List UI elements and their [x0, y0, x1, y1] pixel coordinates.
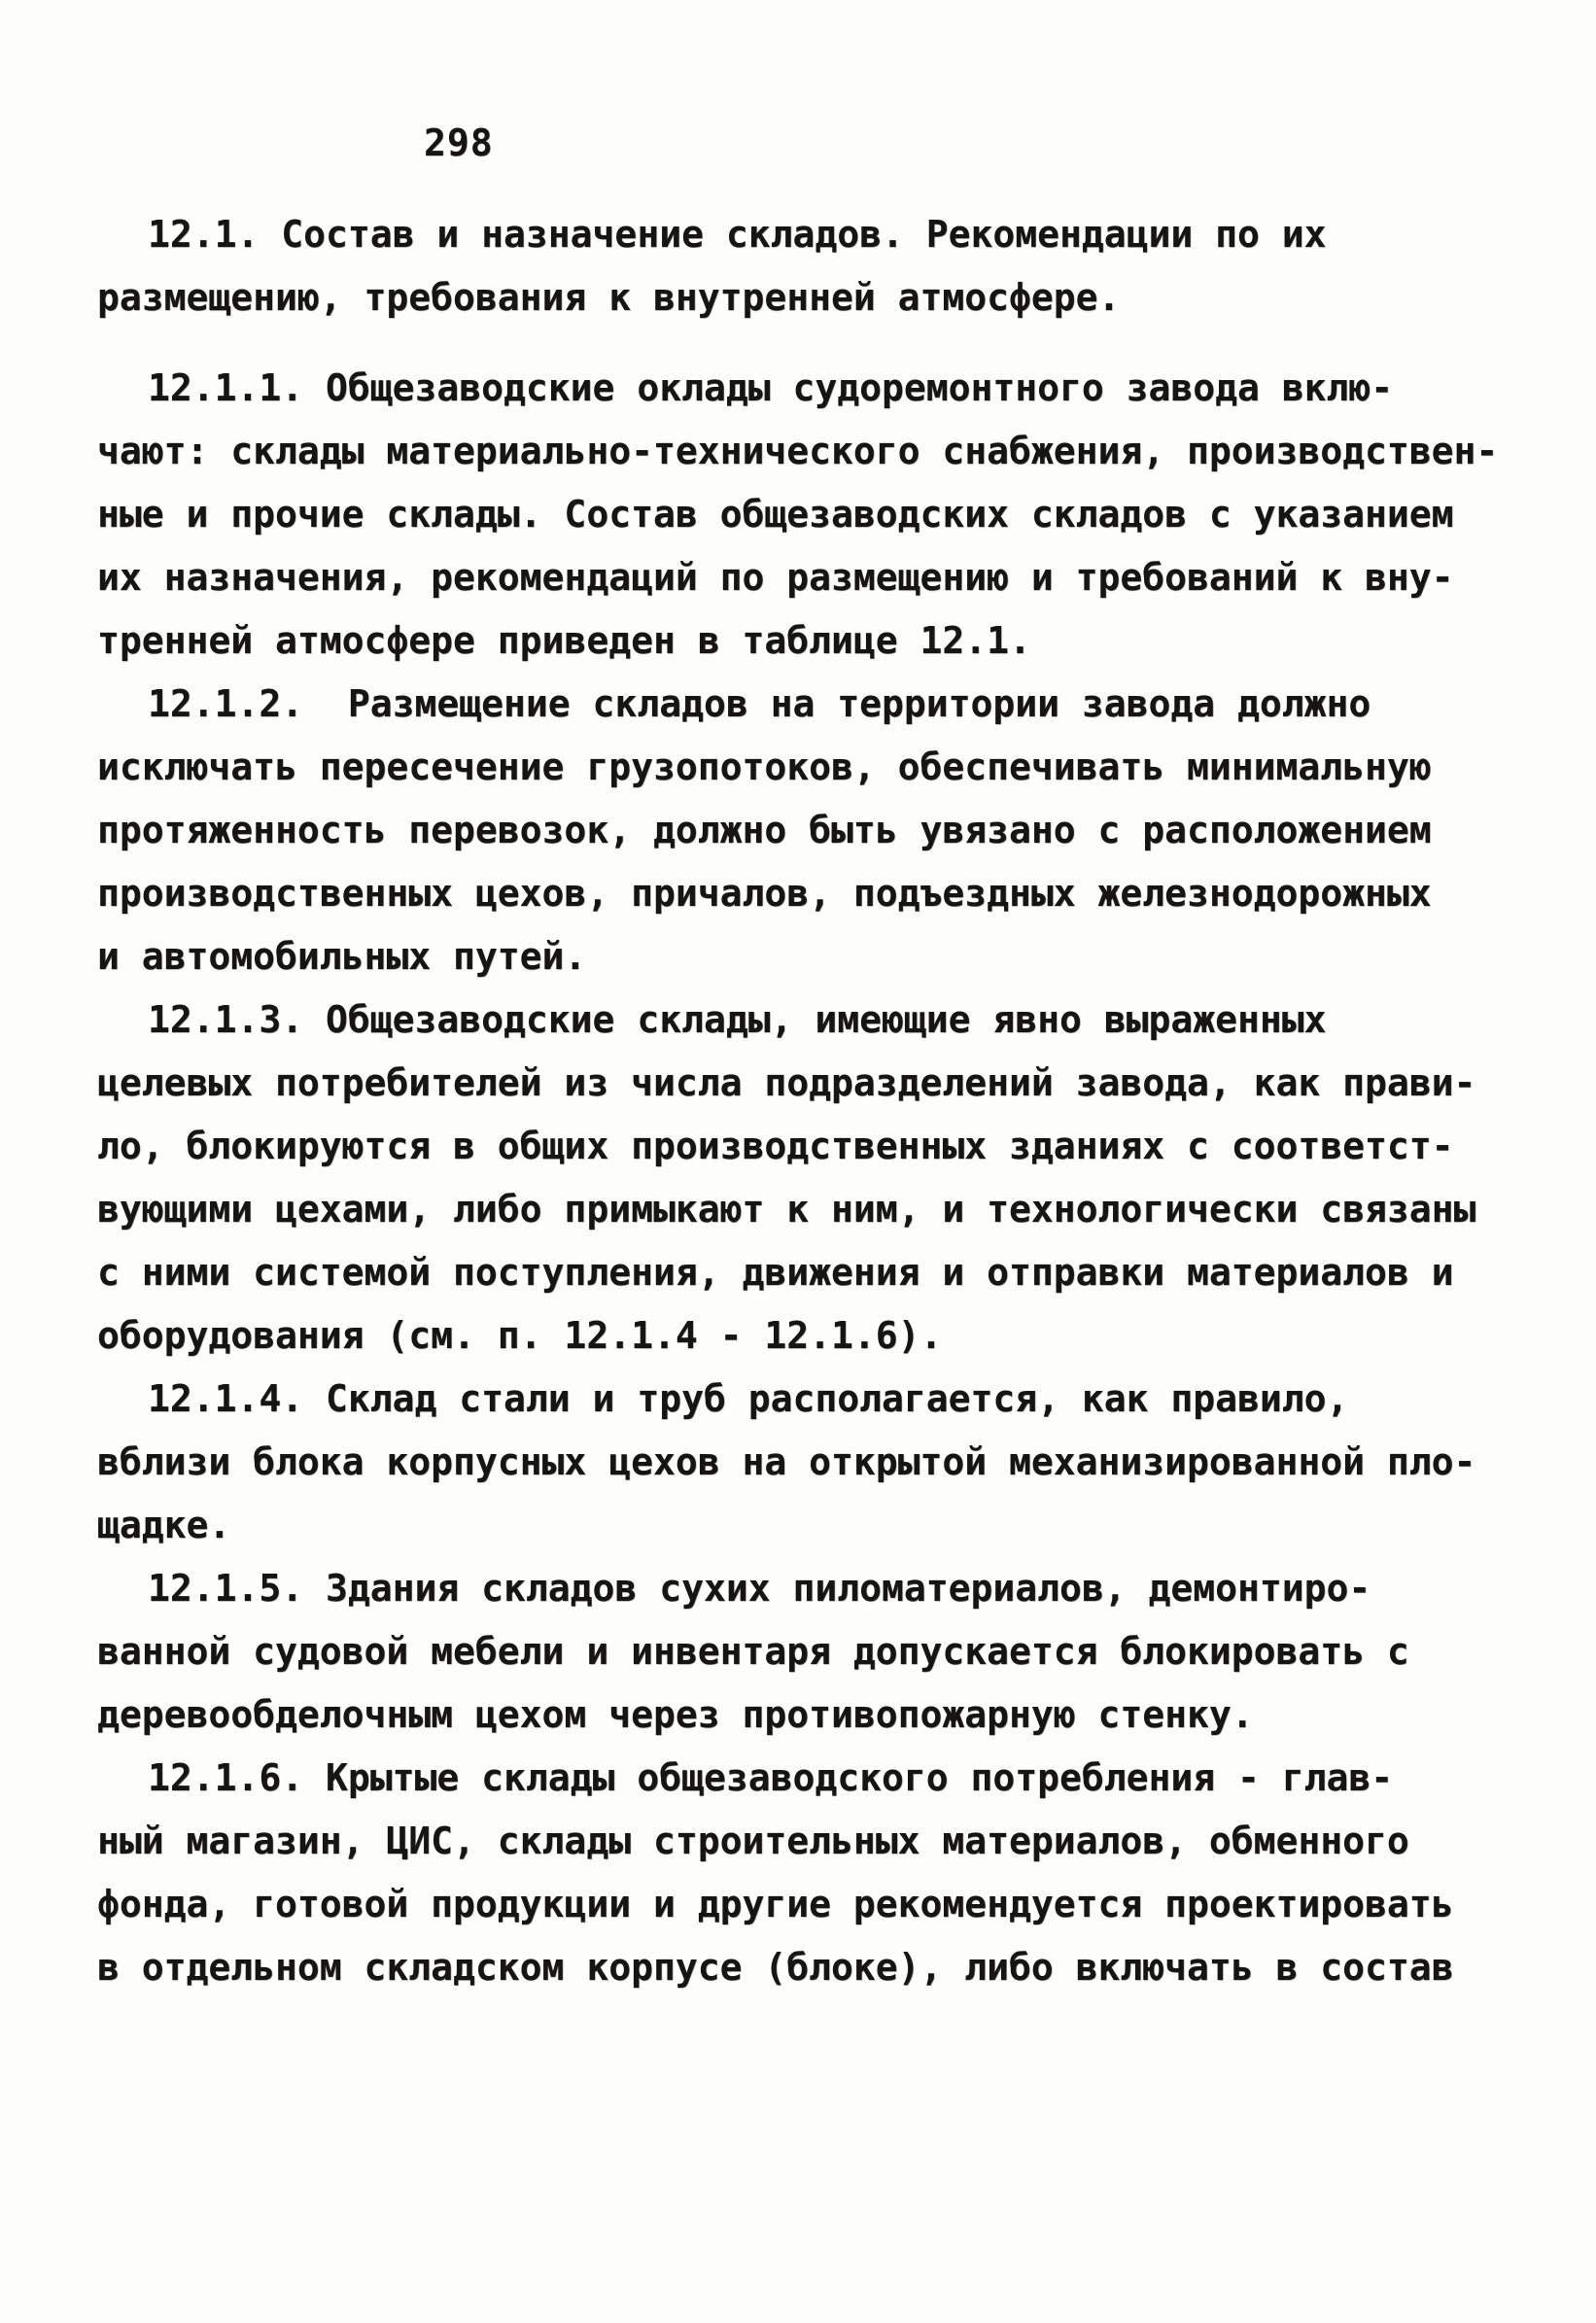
text-line: фонда, готовой продукции и другие рекоме…	[97, 1873, 1536, 1936]
heading-line: 12.1. Состав и назначение складов. Реком…	[97, 203, 1516, 266]
text-line: ванной судовой мебели и инвентаря допуск…	[97, 1620, 1536, 1683]
text-line: тренней атмосфере приведен в таблице 12.…	[97, 609, 1536, 673]
text-line: протяженность перевозок, должно быть увя…	[97, 799, 1536, 862]
section-12-1-5: 12.1.5. Здания складов сухих пиломатериа…	[97, 1557, 1536, 1747]
text-line: 12.1.5. Здания складов сухих пиломатериа…	[97, 1557, 1536, 1620]
text-line: оборудования (см. п. 12.1.4 - 12.1.6).	[97, 1304, 1536, 1368]
section-12-1-2: 12.1.2. Размещение складов на территории…	[97, 673, 1536, 988]
text-line: чают: склады материально-технического сн…	[97, 420, 1536, 483]
section-12-1-4: 12.1.4. Склад стали и труб располагается…	[97, 1368, 1536, 1557]
text-line: деревообделочным цехом через противопожа…	[97, 1683, 1536, 1747]
heading-line: размещению, требования к внутренней атмо…	[97, 266, 1516, 329]
section-heading: 12.1. Состав и назначение складов. Реком…	[97, 203, 1516, 329]
text-line: ный магазин, ЦИС, склады строительных ма…	[97, 1810, 1536, 1873]
text-line: вблизи блока корпусных цехов на открытой…	[97, 1431, 1536, 1494]
text-line: целевых потребителей из числа подразделе…	[97, 1052, 1536, 1115]
section-12-1-6: 12.1.6. Крытые склады общезаводского пот…	[97, 1747, 1536, 1999]
text-line: в отдельном складском корпусе (блоке), л…	[97, 1936, 1536, 1999]
scanned-document-page: 298 12.1. Состав и назначение складов. Р…	[0, 0, 1596, 2323]
text-line: щадке.	[97, 1494, 1536, 1557]
text-line: вующими цехами, либо примыкают к ним, и …	[97, 1178, 1536, 1241]
text-line: производственных цехов, причалов, подъез…	[97, 862, 1536, 925]
text-line: 12.1.6. Крытые склады общезаводского пот…	[97, 1747, 1536, 1810]
text-line: 12.1.3. Общезаводские склады, имеющие яв…	[97, 988, 1536, 1052]
text-line: исключать пересечение грузопотоков, обес…	[97, 736, 1536, 799]
text-line: 12.1.4. Склад стали и труб располагается…	[97, 1368, 1536, 1431]
text-line: их назначения, рекомендаций по размещени…	[97, 546, 1536, 609]
page-number: 298	[424, 121, 494, 165]
text-line: и автомобильных путей.	[97, 925, 1536, 988]
text-line: ные и прочие склады. Состав общезаводски…	[97, 483, 1536, 546]
section-12-1-3: 12.1.3. Общезаводские склады, имеющие яв…	[97, 988, 1536, 1368]
text-line: с ними системой поступления, движения и …	[97, 1241, 1536, 1304]
section-12-1-1: 12.1.1. Общезаводские оклады судоремонтн…	[97, 357, 1536, 673]
text-line: 12.1.2. Размещение складов на территории…	[97, 673, 1536, 736]
text-line: 12.1.1. Общезаводские оклады судоремонтн…	[97, 357, 1536, 420]
document-body: 12.1.1. Общезаводские оклады судоремонтн…	[97, 357, 1536, 1999]
text-line: ло, блокируются в общих производственных…	[97, 1115, 1536, 1178]
